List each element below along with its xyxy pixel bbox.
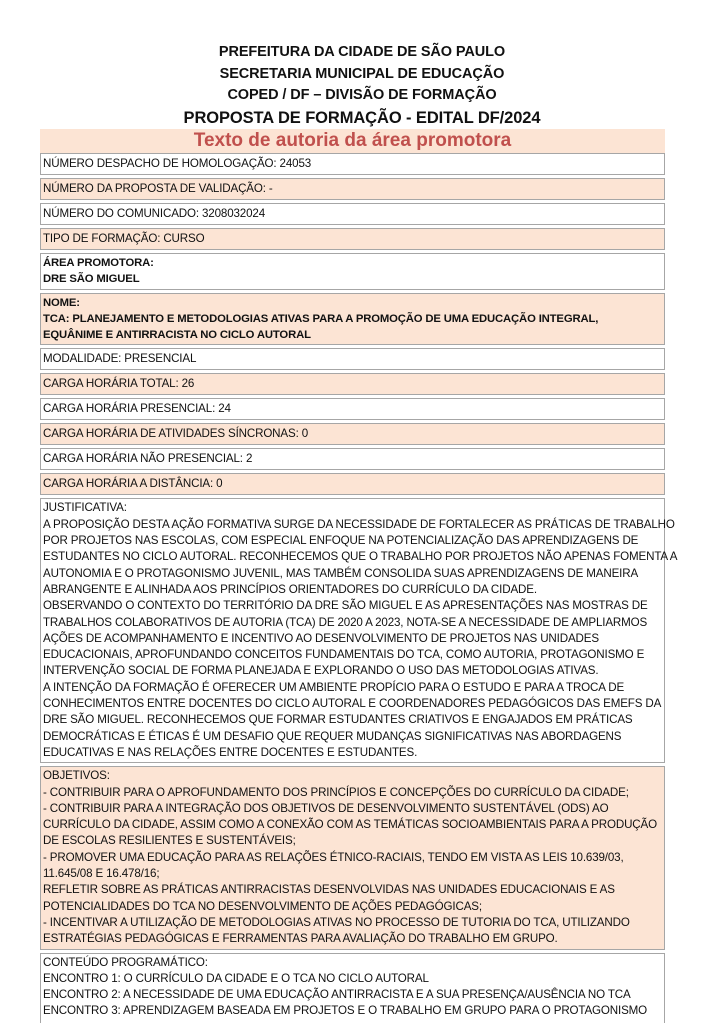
field-modalidade: MODALIDADE: PRESENCIAL: [40, 348, 665, 370]
header-coped: COPED / DF – DIVISÃO DE FORMAÇÃO: [0, 85, 724, 107]
objetivos-line: POTENCIALIDADES DO TCA NO DESENVOLVIMENT…: [43, 899, 662, 915]
nome-label: NOME:: [43, 295, 662, 311]
justificativa-line: ESTUDANTES NO CICLO AUTORAL. RECONHECEMO…: [43, 549, 662, 565]
field-carga-presencial: CARGA HORÁRIA PRESENCIAL: 24: [40, 398, 665, 420]
objetivos-line: - CONTRIBUIR PARA O APROFUNDAMENTO DOS P…: [43, 785, 662, 801]
justificativa-line: AUTONOMIA E O PROTAGONISMO JUVENIL, MAS …: [43, 566, 662, 582]
field-proposta-validacao: NÚMERO DA PROPOSTA DE VALIDAÇÃO: -: [40, 178, 665, 200]
field-carga-distancia: CARGA HORÁRIA A DISTÂNCIA: 0: [40, 473, 665, 495]
justificativa-line: A INTENÇÃO DA FORMAÇÃO É OFERECER UM AMB…: [43, 680, 662, 696]
header-prefeitura: PREFEITURA DA CIDADE DE SÃO PAULO: [0, 42, 724, 64]
conteudo-line: ENCONTRO 3: APRENDIZAGEM BASEADA EM PROJ…: [43, 1003, 662, 1019]
justificativa-line: EDUCACIONAIS, APROFUNDANDO CONCEITOS FUN…: [43, 647, 662, 663]
objetivos-label: OBJETIVOS:: [43, 768, 662, 784]
objetivos-line: DE ESCOLAS RESILIENTES E SUSTENTÁVEIS;: [43, 833, 662, 849]
conteudo-label: CONTEÚDO PROGRAMÁTICO:: [43, 955, 662, 971]
field-objetivos: OBJETIVOS: - CONTRIBUIR PARA O APROFUNDA…: [40, 766, 665, 949]
justificativa-line: DEMOCRÁTICAS E ÉTICAS É UM DESAFIO QUE R…: [43, 729, 662, 745]
justificativa-label: JUSTIFICATIVA:: [43, 500, 662, 516]
objetivos-line: 11.645/08 E 16.478/16;: [43, 866, 662, 882]
nome-line: EQUÂNIME E ANTIRRACISTA NO CICLO AUTORAL: [43, 327, 662, 343]
conteudo-line: ENCONTRO 1: O CURRÍCULO DA CIDADE E O TC…: [43, 971, 662, 987]
field-carga-total: CARGA HORÁRIA TOTAL: 26: [40, 373, 665, 395]
header-secretaria: SECRETARIA MUNICIPAL DE EDUCAÇÃO: [0, 64, 724, 86]
section-title: Texto de autoria da área promotora: [40, 129, 665, 153]
objetivos-line: - CONTRIBUIR PARA A INTEGRAÇÃO DOS OBJET…: [43, 801, 662, 817]
objetivos-line: - INCENTIVAR A UTILIZAÇÃO DE METODOLOGIA…: [43, 915, 662, 931]
objetivos-line: - PROMOVER UMA EDUCAÇÃO PARA AS RELAÇÕES…: [43, 850, 662, 866]
field-conteudo-programatico: CONTEÚDO PROGRAMÁTICO: ENCONTRO 1: O CUR…: [40, 953, 665, 1023]
nome-line: TCA: PLANEJAMENTO E METODOLOGIAS ATIVAS …: [43, 311, 662, 327]
objetivos-line: REFLETIR SOBRE AS PRÁTICAS ANTIRRACISTAS…: [43, 882, 662, 898]
justificativa-line: CONHECIMENTOS ENTRE DOCENTES DO CICLO AU…: [43, 696, 662, 712]
conteudo-line: ENCONTRO 2: A NECESSIDADE DE UMA EDUCAÇÃ…: [43, 987, 662, 1003]
document-header: PREFEITURA DA CIDADE DE SÃO PAULO SECRET…: [0, 42, 724, 129]
justificativa-line: OBSERVANDO O CONTEXTO DO TERRITÓRIO DA D…: [43, 598, 662, 614]
justificativa-line: A PROPOSIÇÃO DESTA AÇÃO FORMATIVA SURGE …: [43, 517, 662, 533]
justificativa-line: DRE SÃO MIGUEL. RECONHECEMOS QUE FORMAR …: [43, 712, 662, 728]
field-justificativa: JUSTIFICATIVA: A PROPOSIÇÃO DESTA AÇÃO F…: [40, 498, 665, 763]
proposal-form-table: NÚMERO DESPACHO DE HOMOLOGAÇÃO: 24053 NÚ…: [40, 153, 665, 1024]
objetivos-line: CURRÍCULO DA CIDADE, ASSIM COMO A CONEXÃ…: [43, 817, 662, 833]
field-comunicado: NÚMERO DO COMUNICADO: 3208032024: [40, 203, 665, 225]
justificativa-line: TRABALHOS COLABORATIVOS DE AUTORIA (TCA)…: [43, 615, 662, 631]
field-tipo-formacao: TIPO DE FORMAÇÃO: CURSO: [40, 228, 665, 250]
justificativa-line: EDUCATIVAS E NAS RELAÇÕES ENTRE DOCENTES…: [43, 745, 662, 761]
justificativa-line: INTERVENÇÃO SOCIAL DE FORMA PLANEJADA E …: [43, 663, 662, 679]
area-promotora-value: DRE SÃO MIGUEL: [43, 271, 662, 287]
field-carga-nao-presencial: CARGA HORÁRIA NÃO PRESENCIAL: 2: [40, 448, 665, 470]
field-nome: NOME: TCA: PLANEJAMENTO E METODOLOGIAS A…: [40, 293, 665, 346]
objetivos-line: ESTRATÉGIAS PEDAGÓGICAS E FERRAMENTAS PA…: [43, 931, 662, 947]
field-despacho-homologacao: NÚMERO DESPACHO DE HOMOLOGAÇÃO: 24053: [40, 153, 665, 175]
field-carga-sincronas: CARGA HORÁRIA DE ATIVIDADES SÍNCRONAS: 0: [40, 423, 665, 445]
justificativa-line: POR PROJETOS NAS ESCOLAS, COM ESPECIAL E…: [43, 533, 662, 549]
area-promotora-label: ÁREA PROMOTORA:: [43, 255, 662, 271]
justificativa-line: ABRANGENTE E ALINHADA AOS PRINCÍPIOS ORI…: [43, 582, 662, 598]
field-area-promotora: ÁREA PROMOTORA: DRE SÃO MIGUEL: [40, 253, 665, 290]
justificativa-line: AÇÕES DE ACOMPANHAMENTO E INCENTIVO AO D…: [43, 631, 662, 647]
header-proposta-title: PROPOSTA DE FORMAÇÃO - EDITAL DF/2024: [0, 107, 724, 129]
